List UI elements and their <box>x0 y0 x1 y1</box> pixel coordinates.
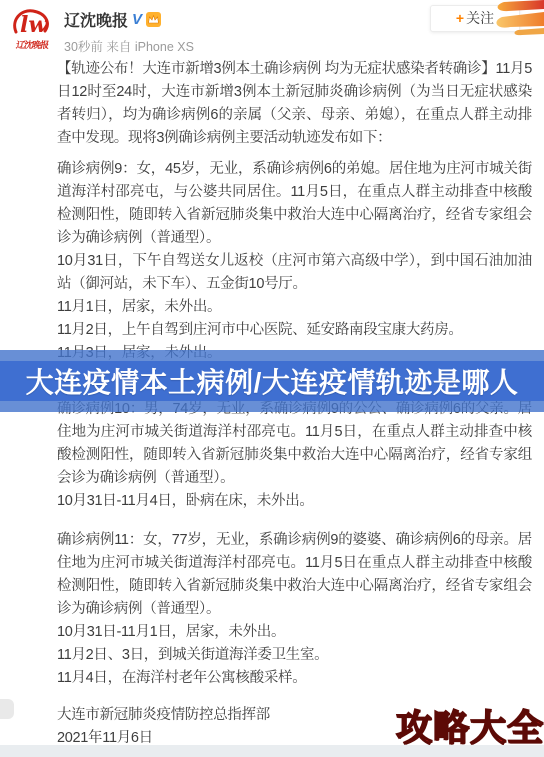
user-block: 辽沈晚报 V 30秒前 来自 iPhone XS <box>64 8 194 55</box>
bottom-strip <box>0 745 544 757</box>
avatar[interactable]: lw 辽沈晚报 <box>8 6 56 52</box>
vip-crown-icon <box>146 12 161 27</box>
trajectory-line: 11月1日，居家，未外出。 <box>57 296 532 319</box>
svg-text:lw: lw <box>20 12 48 38</box>
trajectory-line: 11月2日，上午自驾到庄河市中心医院、延安路南段宝康大药房。 <box>57 319 532 342</box>
case-11-paragraph: 确诊病例11：女，77岁，无业，系确诊病例9的婆婆、确诊病例6的母亲。居住地为庄… <box>57 529 532 621</box>
trajectory-line: 10月31日-11月1日，居家，未外出。 <box>57 621 532 644</box>
weibo-post-screenshot: lw 辽沈晚报 辽沈晚报 V 30秒前 来自 iPhone XS +关注 <box>0 0 544 757</box>
username[interactable]: 辽沈晚报 <box>64 8 128 31</box>
verified-v-icon: V <box>132 12 142 27</box>
trajectory-line: 11月2日、3日，到城关街道海洋委卫生室。 <box>57 644 532 667</box>
liaoshen-logo-icon: lw <box>9 6 55 40</box>
watermark-text: 攻略大全 <box>396 700 544 751</box>
post-meta: 30秒前 来自 iPhone XS <box>64 37 194 55</box>
post-header: lw 辽沈晚报 辽沈晚报 V 30秒前 来自 iPhone XS +关注 <box>0 0 544 56</box>
trajectory-line: 11月4日，在海洋村老年公寓核酸采样。 <box>57 667 532 690</box>
case-9-paragraph: 确诊病例9：女，45岁，无业，系确诊病例6的弟媳。居住地为庄河市城关街道海洋村邵… <box>57 158 532 250</box>
trajectory-line: 10月31日，下午自驾送女儿返校（庄河市第六高级中学），到中国石油加油站（御河站… <box>57 250 532 296</box>
plus-icon: + <box>456 10 464 26</box>
promo-banner-band: 大连疫情本土病例/大连疫情轨迹是哪人 <box>0 361 544 401</box>
logo-caption: 辽沈晚报 <box>15 40 48 50</box>
trajectory-line: 10月31日-11月4日，卧病在床，未外出。 <box>57 490 532 513</box>
promo-banner-overlay[interactable]: 大连疫情本土病例/大连疫情轨迹是哪人 <box>0 350 544 412</box>
promo-banner-text: 大连疫情本土病例/大连疫情轨迹是哪人 <box>26 361 519 401</box>
post-intro: 【轨迹公布！大连市新增3例本土确诊病例 均为无症状感染者转确诊】11月5日12时… <box>57 58 532 150</box>
ribbon-decoration-icon <box>488 0 544 38</box>
ui-fragment <box>0 699 14 719</box>
